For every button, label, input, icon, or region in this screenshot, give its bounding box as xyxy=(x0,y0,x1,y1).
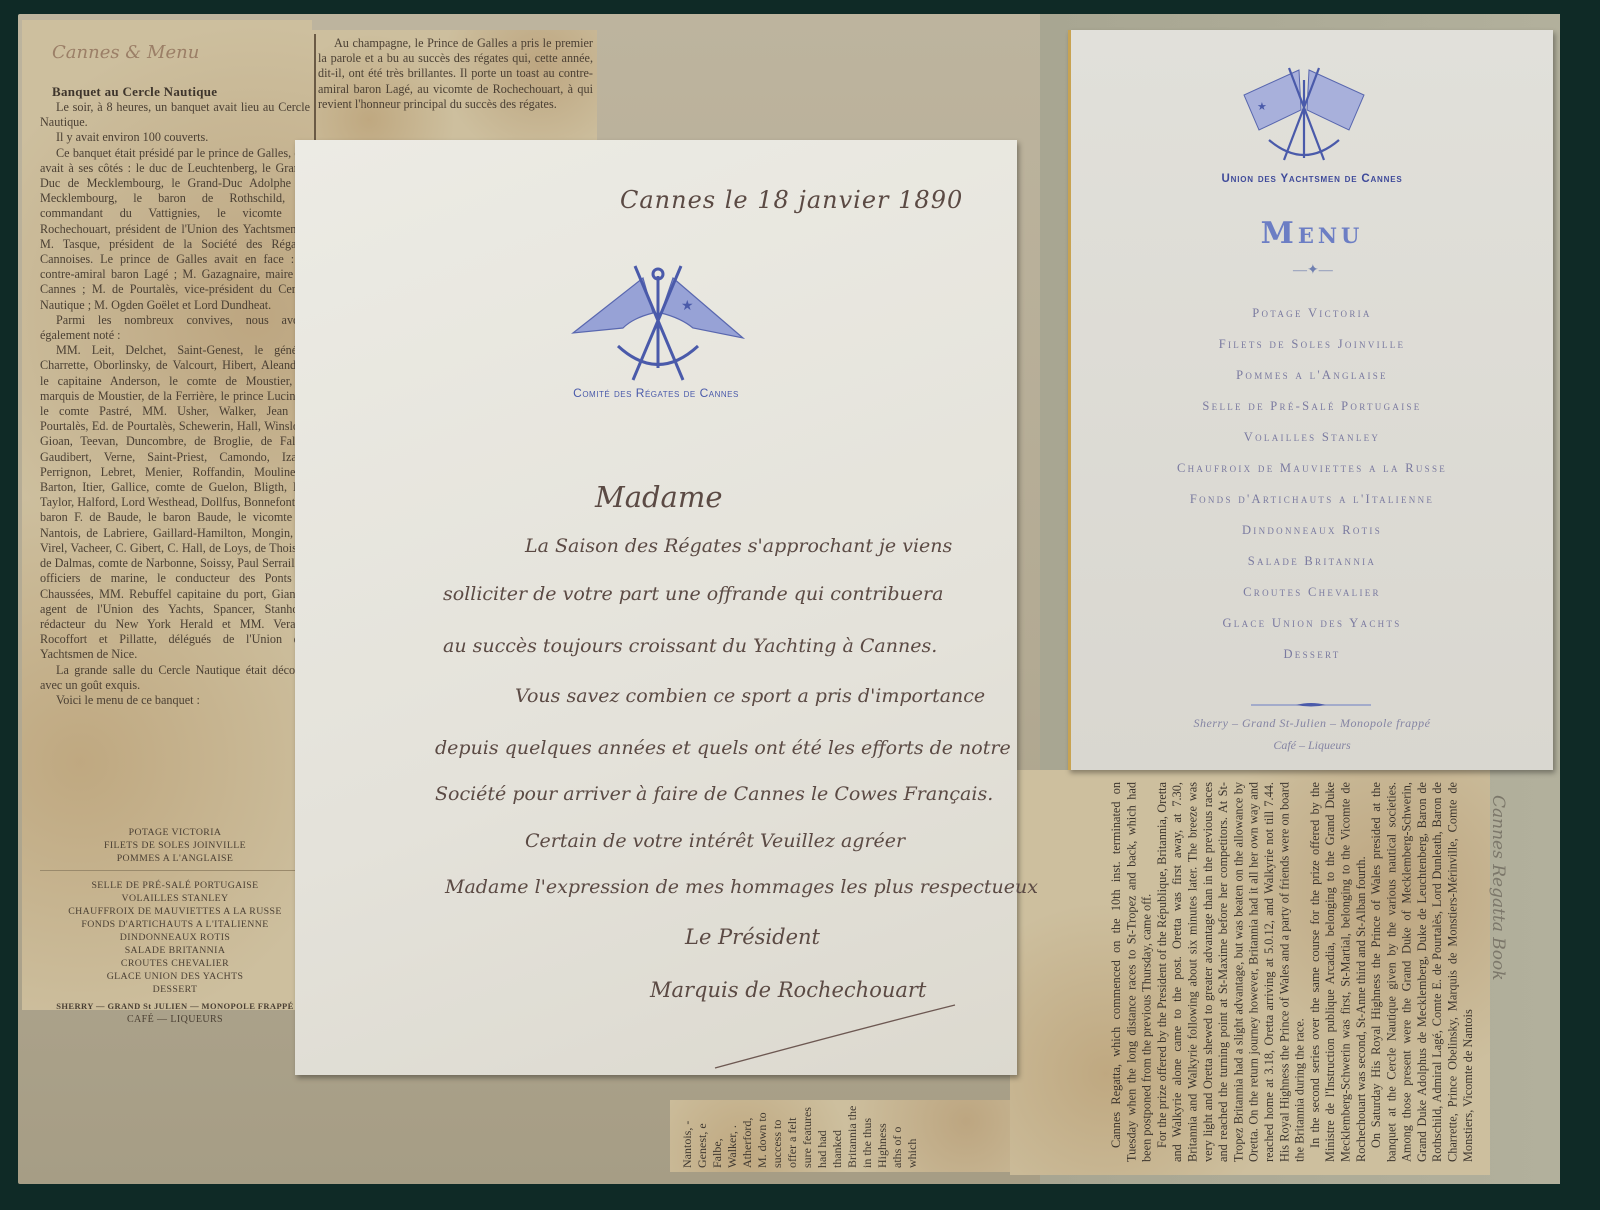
crossed-flags-anchor-icon: ★ xyxy=(563,258,753,388)
menu-course: Croutes Chevalier xyxy=(1071,577,1553,608)
clipping-heading: Banquet au Cercle Nautique xyxy=(52,84,217,100)
paragraph: MM. Leit, Delchet, Saint-Genest, le géné… xyxy=(40,343,310,662)
menu-item: SELLE DE PRÉ-SALÉ PORTUGAISE xyxy=(40,879,310,892)
menu-course: Volailles Stanley xyxy=(1071,422,1553,453)
letter-line: depuis quelques années et quels ont été … xyxy=(435,737,1011,759)
crossed-flags-anchor-icon: ★ xyxy=(1229,60,1379,170)
newspaper-clipping-banquet: Cannes & Menu Banquet au Cercle Nautique… xyxy=(22,20,312,1010)
paragraph: Il y avait environ 100 couverts. xyxy=(40,130,310,145)
letter-line: Madame l'expression de mes hommages les … xyxy=(445,876,1038,898)
closing: Le Président xyxy=(685,925,820,949)
handwritten-note-regatta: Cannes Regatta Book xyxy=(1488,795,1508,981)
paragraph: For the prize offered by the President o… xyxy=(1155,782,1308,1162)
menu-item: SALADE BRITANNIA xyxy=(40,944,310,957)
paragraph: La grande salle du Cercle Nautique était… xyxy=(40,663,310,693)
menu-course: Glace Union des Yachts xyxy=(1071,608,1553,639)
clipping-menu: POTAGE VICTORIA FILETS DE SOLES JOINVILL… xyxy=(40,826,310,1026)
letter: Cannes le 18 janvier 1890 ★ Comité des R… xyxy=(295,140,1017,1075)
menu-course: Salade Britannia xyxy=(1071,546,1553,577)
menu-course: Chaufroix de Mauviettes a la Russe xyxy=(1071,453,1553,484)
paragraph: Voici le menu de ce banquet : xyxy=(40,693,310,708)
letter-date: Cannes le 18 janvier 1890 xyxy=(620,186,963,214)
menu-item: POMMES A L'ANGLAISE xyxy=(40,852,310,865)
menu-title: Menu xyxy=(1071,216,1553,251)
menu-item: CROUTES CHEVALIER xyxy=(40,957,310,970)
menu-item: DESSERT xyxy=(40,983,310,996)
letter-line: solliciter de votre part une offrande qu… xyxy=(443,583,943,605)
menu-item: GLACE UNION DES YACHTS xyxy=(40,970,310,983)
salutation: Madame xyxy=(595,480,723,514)
menu-wines: SHERRY — GRAND St JULIEN — MONOPOLE FRAP… xyxy=(40,1000,310,1013)
column-rule xyxy=(314,34,316,149)
menu-course: Fonds d'Artichauts a l'Italienne xyxy=(1071,484,1553,515)
newspaper-clipping-regatta: Cannes Regatta, which commenced on the 1… xyxy=(1010,770,1490,1175)
menu-item: DINDONNEAUX ROTIS xyxy=(40,931,310,944)
club-name: Union des Yachtsmen de Cannes xyxy=(1071,173,1553,185)
letter-line: Certain de votre intérêt Veuillez agréer xyxy=(525,830,905,852)
svg-text:★: ★ xyxy=(681,299,694,314)
paragraph: Ce banquet était présidé par le prince d… xyxy=(40,146,310,313)
paragraph: In the second series over the same cours… xyxy=(1308,782,1369,1162)
regatta-text: Cannes Regatta, which commenced on the 1… xyxy=(1109,782,1476,1162)
ornamental-divider xyxy=(1251,702,1371,708)
newspaper-clipping-champagne: Au champagne, le Prince de Galles a pris… xyxy=(312,30,597,150)
handwritten-note: Cannes & Menu xyxy=(52,42,199,63)
signature: Marquis de Rochechouart xyxy=(650,978,926,1002)
fragment-text: Nantois, -Genest, e Falbe, Walker, . Ath… xyxy=(680,1104,920,1168)
menu-wines: Sherry – Grand St-Julien – Monopole frap… xyxy=(1071,716,1553,731)
menu-item: POTAGE VICTORIA xyxy=(40,826,310,839)
ornament-star-icon: —✦— xyxy=(1293,262,1333,279)
menu-course: Filets de Soles Joinville xyxy=(1071,329,1553,360)
svg-text:★: ★ xyxy=(1257,101,1267,113)
menu-course: Pommes a l'Anglaise xyxy=(1071,360,1553,391)
menu-courses: Potage Victoria Filets de Soles Joinvill… xyxy=(1071,298,1553,670)
menu-card: ★ Union des Yachtsmen de Cannes Menu —✦—… xyxy=(1068,30,1553,770)
menu-item: FONDS D'ARTICHAUTS A L'ITALIENNE xyxy=(40,918,310,931)
menu-item: CHAUFFROIX DE MAUVIETTES A LA RUSSE xyxy=(40,905,310,918)
newspaper-clipping-fragment: Nantois, -Genest, e Falbe, Walker, . Ath… xyxy=(670,1100,1040,1172)
letter-line: La Saison des Régates s'approchant je vi… xyxy=(525,535,952,557)
menu-course: Dindonneaux Rotis xyxy=(1071,515,1553,546)
letter-line: au succès toujours croissant du Yachting… xyxy=(443,635,937,657)
menu-coffee: CAFÉ — LIQUEURS xyxy=(40,1013,310,1026)
menu-course: Dessert xyxy=(1071,639,1553,670)
paragraph: Le soir, à 8 heures, un banquet avait li… xyxy=(40,100,310,130)
menu-item: VOLAILLES STANLEY xyxy=(40,892,310,905)
clipping-body: Le soir, à 8 heures, un banquet avait li… xyxy=(40,100,310,708)
menu-course: Selle de Pré-Salé Portugaise xyxy=(1071,391,1553,422)
signature-flourish xyxy=(705,1000,965,1070)
menu-course: Potage Victoria xyxy=(1071,298,1553,329)
menu-item: FILETS DE SOLES JOINVILLE xyxy=(40,839,310,852)
letter-line: Société pour arriver à faire de Cannes l… xyxy=(435,783,993,805)
letterhead-org: Comité des Régates de Cannes xyxy=(295,386,1017,400)
letter-line: Vous savez combien ce sport a pris d'imp… xyxy=(515,685,985,707)
paragraph: On Saturday His Royal Highness the Princ… xyxy=(1369,782,1476,1162)
paragraph: Parmi les nombreux convives, nous avons … xyxy=(40,313,310,343)
menu-coffee: Café – Liqueurs xyxy=(1071,738,1553,753)
paragraph: Au champagne, le Prince de Galles a pris… xyxy=(318,36,593,112)
paragraph: Cannes Regatta, which commenced on the 1… xyxy=(1109,782,1155,1162)
